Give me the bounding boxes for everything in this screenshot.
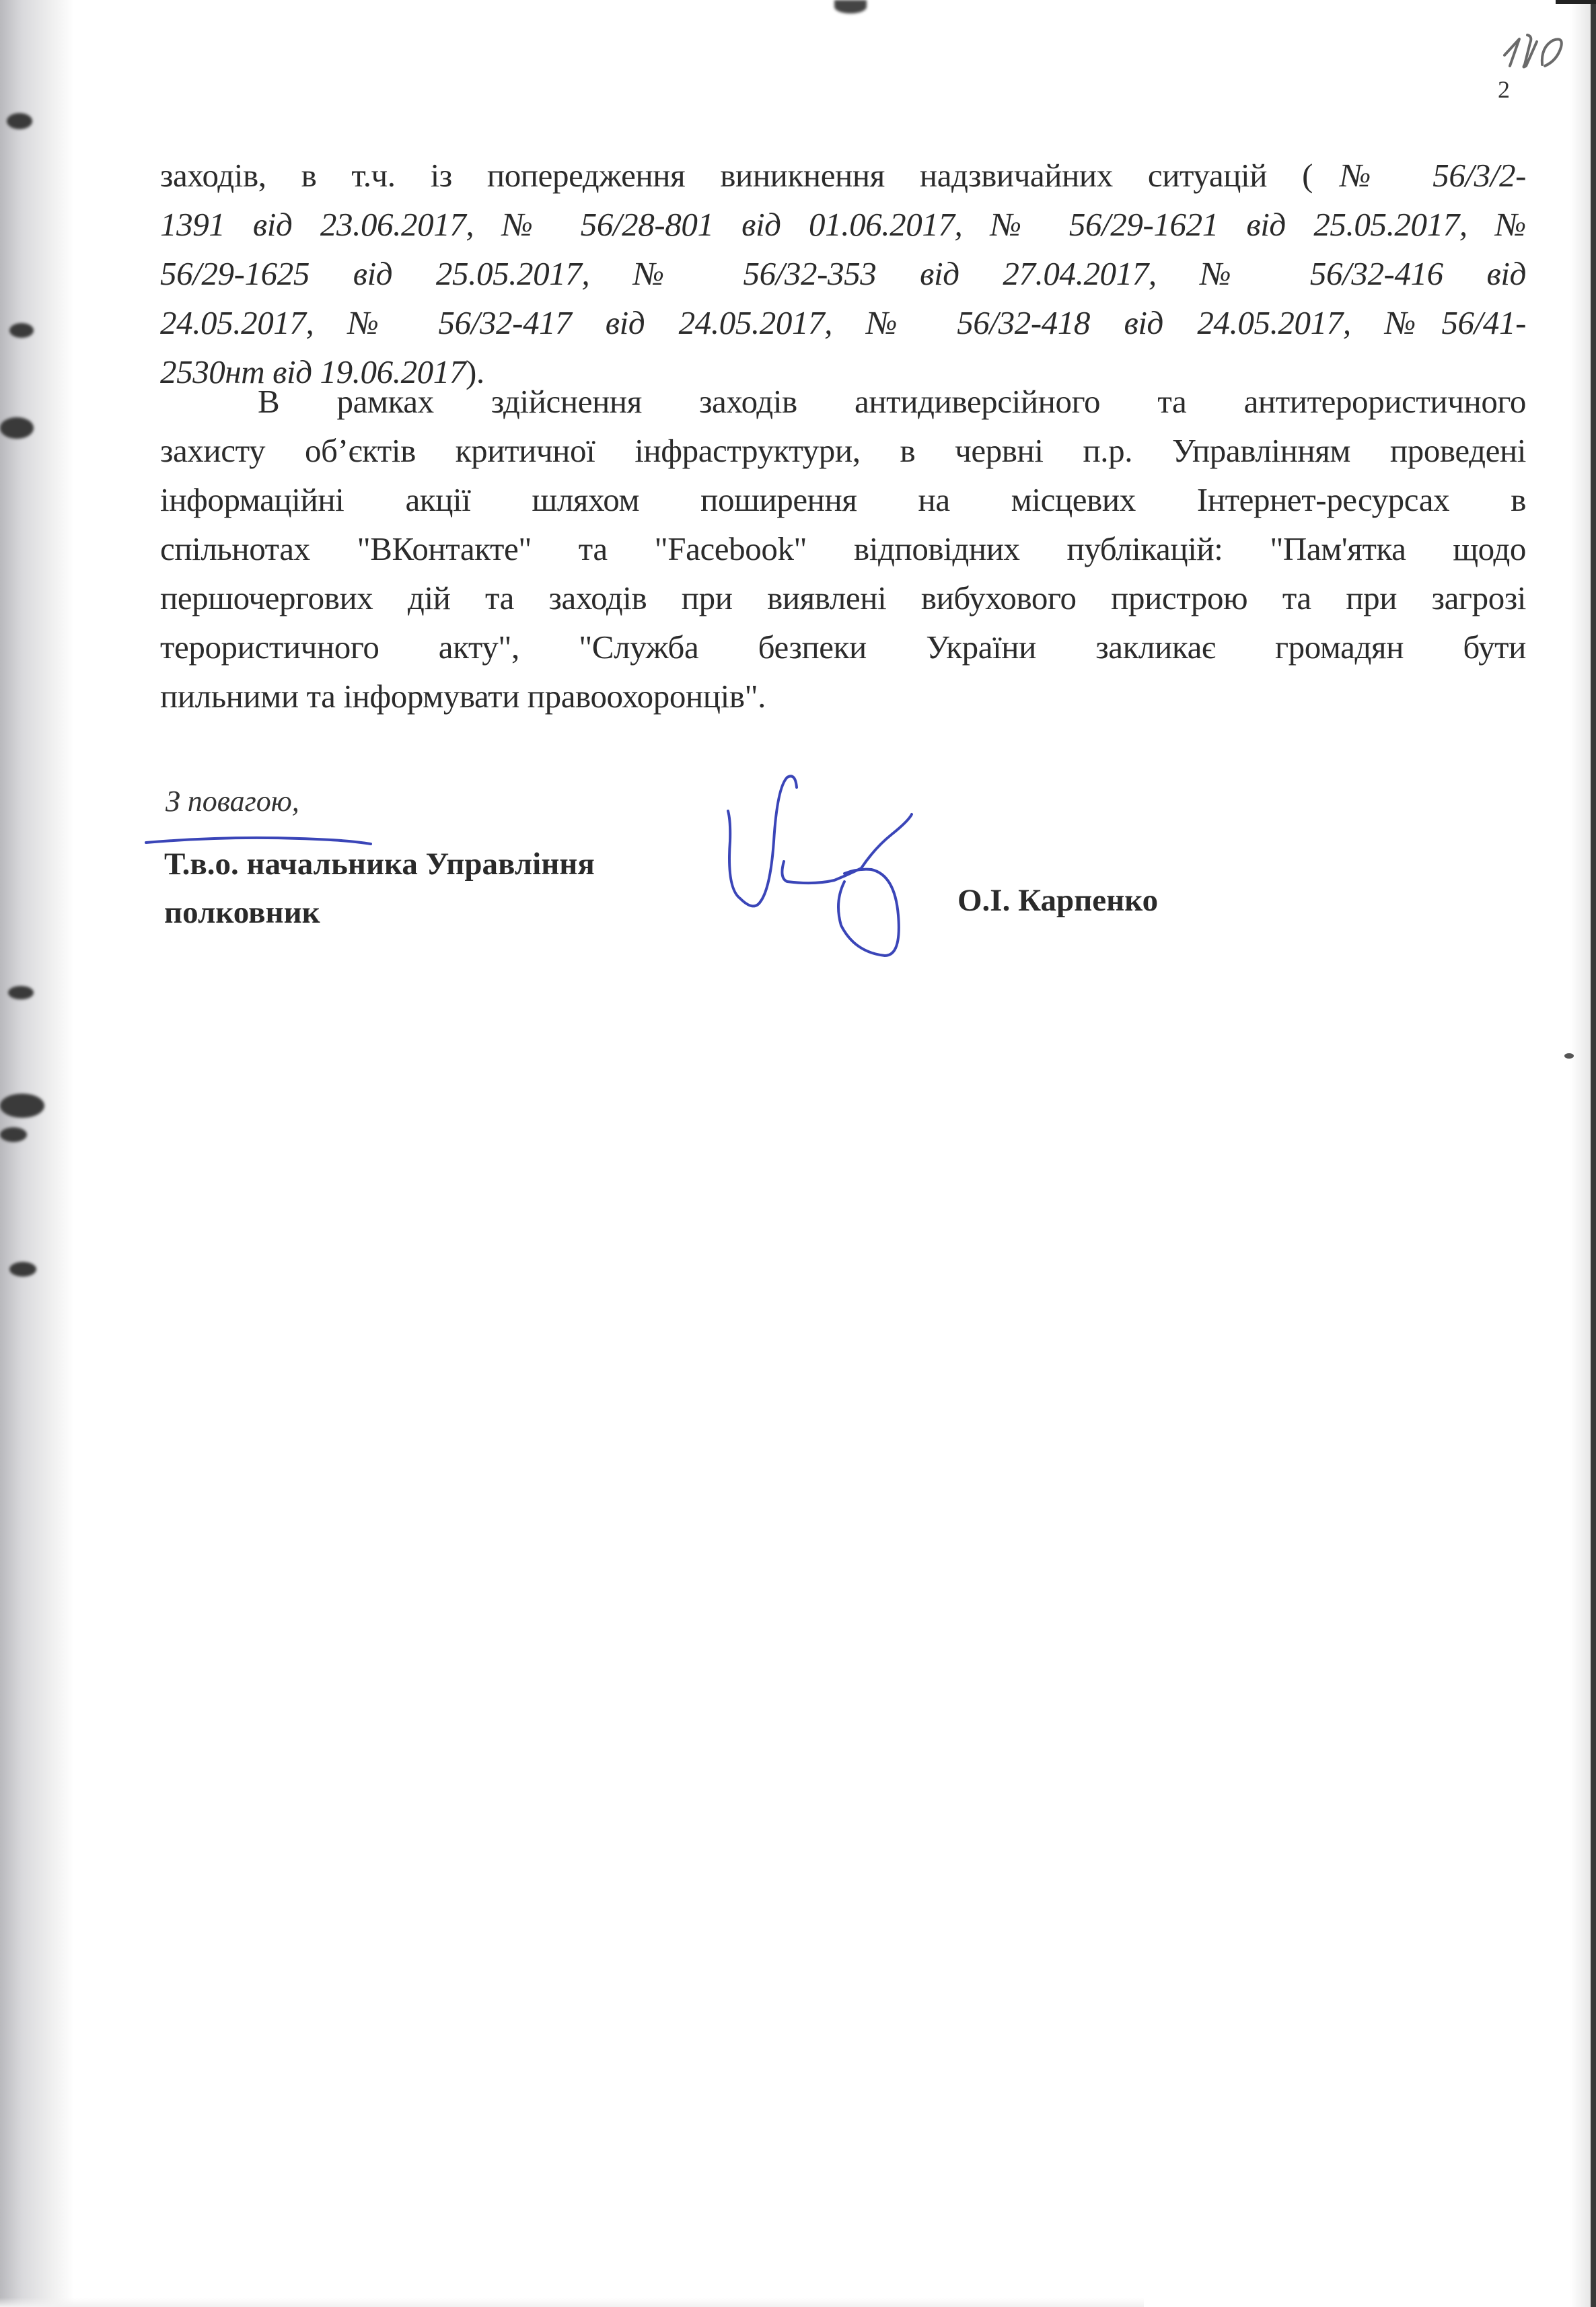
punch-hole <box>0 417 34 439</box>
scan-bottom-edge <box>0 2298 1144 2307</box>
text-line: першочергових дій та заходів при виявлен… <box>160 573 1526 623</box>
closing-phrase: З повагою, <box>166 784 299 818</box>
paragraph-references: заходів, в т.ч. із попередження виникнен… <box>160 151 1526 396</box>
text-line: 24.05.2017, № 56/32-417 від 24.05.2017, … <box>160 298 1526 347</box>
page-number: 2 <box>1498 75 1510 104</box>
text-line: 56/29-1625 від 25.05.2017, № 56/32-353 в… <box>160 249 1526 298</box>
scan-speck <box>1564 1053 1574 1059</box>
signer-name: О.І. Карпенко <box>957 882 1158 919</box>
signer-title-line: Т.в.о. начальника Управління <box>164 840 595 888</box>
punch-hole <box>0 1127 27 1142</box>
scan-edge-shadow <box>0 0 74 2307</box>
text-line: 1391 від 23.06.2017, № 56/28-801 від 01.… <box>160 200 1526 249</box>
text-line: терористичного акту", "Служба безпеки Ук… <box>160 623 1526 672</box>
scan-edge-right <box>1591 0 1596 2307</box>
text-line: пильними та інформувати правоохоронців". <box>160 672 1526 721</box>
text-line: інформаційні акції шляхом поширення на м… <box>160 475 1526 524</box>
text-line: спільнотах "ВКонтакте" та "Facebook" від… <box>160 524 1526 573</box>
text-line: захисту об’єктів критичної інфраструктур… <box>160 426 1526 475</box>
scan-edge-right-shade <box>1570 0 1591 2307</box>
punch-hole <box>7 113 32 129</box>
text-line: заходів, в т.ч. із попередження виникнен… <box>160 151 1526 200</box>
signer-rank: полковник <box>164 888 595 937</box>
handwritten-signature <box>706 754 1245 989</box>
scan-spot-top <box>834 0 867 13</box>
punch-hole <box>8 986 34 999</box>
paragraph-info-actions: В рамках здійснення заходів антидиверсій… <box>160 377 1526 721</box>
punch-hole <box>0 1094 44 1118</box>
handwritten-folio-number <box>1499 27 1566 74</box>
punch-hole <box>9 323 34 338</box>
scan-corner-mark <box>1556 0 1596 4</box>
signer-position: Т.в.о. начальника Управління полковник <box>164 840 595 937</box>
text-line: В рамках здійснення заходів антидиверсій… <box>160 377 1526 426</box>
punch-hole <box>9 1262 36 1277</box>
